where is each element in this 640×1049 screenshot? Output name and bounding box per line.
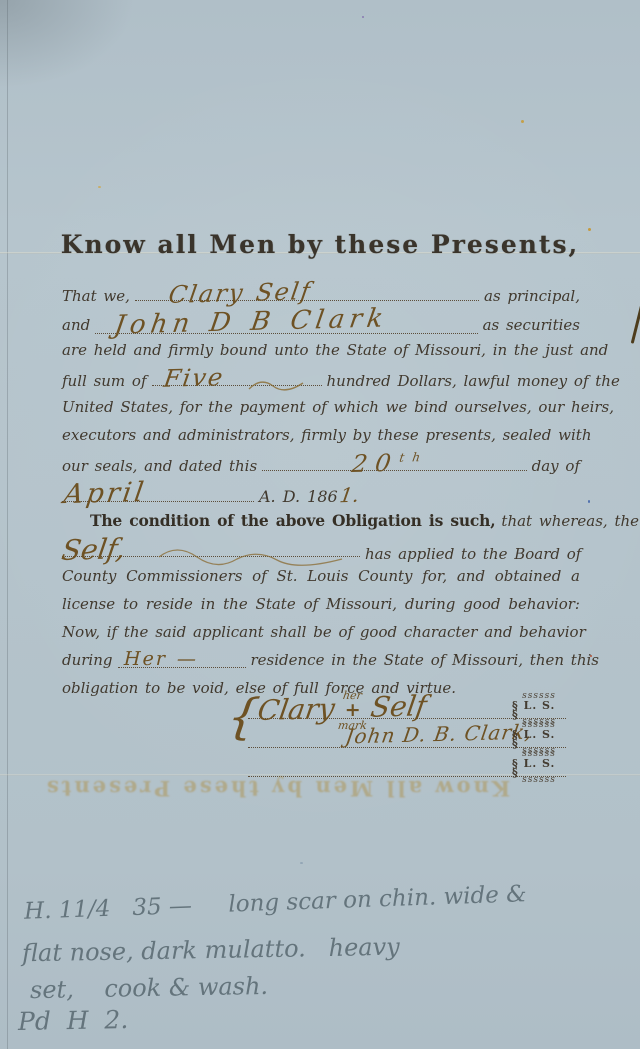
dotted-blank: Clary Self bbox=[135, 284, 479, 301]
paper-edge-line bbox=[7, 0, 8, 1049]
dotted-blank: Her — bbox=[118, 652, 246, 668]
body-line-6: executors and administrators, firmly by … bbox=[62, 426, 580, 453]
print-text: our seals, and dated this bbox=[62, 457, 257, 475]
body-line-11: County Commissioners of St. Louis County… bbox=[62, 567, 580, 594]
handwritten-month: April bbox=[62, 482, 148, 506]
signature-first-name: Clary bbox=[256, 698, 336, 722]
handwritten-year-digit: 1. bbox=[338, 487, 360, 503]
body-line-9: The condition of the above Obligation is… bbox=[62, 511, 580, 538]
signature-john-clark: John D. B. Clark, bbox=[344, 724, 533, 745]
handwritten-principal-name: Clary Self bbox=[167, 282, 313, 305]
body-line-2: and John D B Clark as securities bbox=[62, 312, 580, 339]
dotted-blank: April bbox=[62, 483, 254, 502]
handwritten-applicant-name: Self, bbox=[60, 538, 127, 562]
dotted-blank: Five bbox=[152, 369, 322, 386]
body-line-3: are held and firmly bound unto the State… bbox=[62, 341, 580, 368]
body-line-12: license to reside in the State of Missou… bbox=[62, 595, 580, 622]
print-text: hundred Dollars, lawful money of the bbox=[327, 372, 620, 390]
print-text: That we, bbox=[62, 287, 130, 305]
condition-heading: The condition of the above Obligation is… bbox=[90, 511, 495, 530]
body-line-10: Self, has applied to the Board of bbox=[62, 539, 580, 566]
handwritten-security-name: John D B Clark bbox=[113, 308, 390, 336]
print-text: day of bbox=[532, 457, 580, 475]
print-text: residence in the State of Missouri, then… bbox=[251, 651, 599, 669]
signature-last-name: Self bbox=[369, 696, 428, 720]
document-title: Know all Men by these Presents, bbox=[0, 230, 640, 259]
print-text: A. D. 186 bbox=[259, 487, 338, 506]
handwritten-pronoun: Her — bbox=[123, 652, 197, 667]
print-text: as principal, bbox=[484, 287, 580, 305]
pencil-note-description-3: set, cook & wash. bbox=[30, 972, 269, 1004]
body-line-8: April A. D. 186 1. bbox=[62, 483, 580, 510]
print-text: during bbox=[62, 651, 113, 669]
pen-flourish bbox=[157, 547, 347, 567]
handwritten-day: 20th bbox=[351, 453, 429, 474]
bleed-through-title: Know all Men by these Presents bbox=[42, 776, 512, 801]
paper-speck bbox=[521, 120, 524, 123]
print-text: has applied to the Board of bbox=[365, 545, 581, 563]
body-line-4: full sum of Five hundred Dollars, lawful… bbox=[62, 369, 580, 396]
print-text: full sum of bbox=[62, 372, 147, 390]
paper-speck bbox=[588, 500, 590, 503]
print-text: that whereas, the said bbox=[501, 512, 640, 530]
print-text: as securities bbox=[483, 316, 580, 334]
body-line-5: United States, for the payment of which … bbox=[62, 398, 580, 425]
scanned-document-page: Know all Men by these Presents, That we,… bbox=[0, 0, 640, 1049]
body-line-14: during Her — residence in the State of M… bbox=[62, 651, 580, 678]
dotted-blank: Self, bbox=[62, 539, 360, 557]
dotted-blank: John D B Clark bbox=[95, 312, 477, 334]
seal-3: ssssss § L. S. § ssssss bbox=[512, 751, 566, 785]
x-mark: + bbox=[345, 701, 361, 720]
pencil-note-paid: Pd H 2. bbox=[18, 1005, 129, 1036]
handwritten-amount: Five bbox=[162, 368, 225, 389]
pen-flourish bbox=[247, 377, 307, 393]
print-text: and bbox=[62, 316, 90, 334]
her-label: her bbox=[343, 690, 363, 701]
seal-ornament: ssssss bbox=[522, 777, 556, 785]
body-line-13: Now, if the said applicant shall be of g… bbox=[62, 623, 580, 650]
paper-speck bbox=[98, 186, 101, 188]
paper-speck bbox=[300, 862, 303, 864]
pen-stroke-flourish bbox=[630, 300, 640, 343]
pencil-note-description-1: H. 11/4 35 — long scar on chin. wide & bbox=[24, 881, 527, 925]
day-number: 20 bbox=[350, 449, 401, 478]
day-ordinal: th bbox=[399, 450, 430, 465]
paper-speck bbox=[362, 16, 364, 18]
dotted-blank: 20th bbox=[262, 454, 526, 471]
pencil-note-description-2: flat nose, dark mulatto. heavy bbox=[22, 933, 400, 968]
